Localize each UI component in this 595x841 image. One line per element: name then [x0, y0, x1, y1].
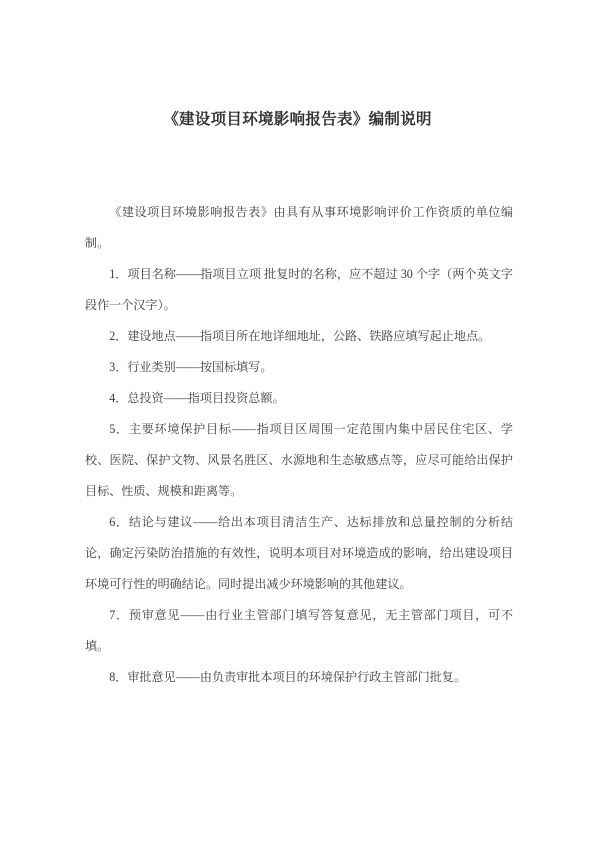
list-item-7: 7．预审意见——由行业主管部门填写答复意见，无主管部门项目，可不填。 [85, 600, 513, 662]
list-item-3: 3．行业类别——按国标填写。 [85, 352, 513, 383]
list-item-5: 5．主要环境保护目标——指项目区周围一定范围内集中居民住宅区、学校、医院、保护文… [85, 414, 513, 507]
page-title: 《建设项目环境影响报告表》编制说明 [0, 0, 595, 131]
list-item-2: 2．建设地点——指项目所在地详细地址，公路、铁路应填写起止地点。 [85, 321, 513, 352]
list-item-6: 6．结论与建议——给出本项目清洁生产、达标排放和总量控制的分析结论，确定污染防治… [85, 507, 513, 600]
document-page: 《建设项目环境影响报告表》编制说明 《建设项目环境影响报告表》由具有从事环境影响… [0, 0, 595, 841]
list-item-1: 1．项目名称——指项目立项 批复时的名称，应不超过 30 个字（两个英文字段作一… [85, 259, 513, 321]
list-item-4: 4．总投资——指项目投资总额。 [85, 383, 513, 414]
document-body: 《建设项目环境影响报告表》由具有从事环境影响评价工作资质的单位编制。 1．项目名… [85, 197, 513, 693]
list-item-8: 8．审批意见——由负责审批本项目的环境保护行政主管部门批复。 [85, 662, 513, 693]
intro-paragraph: 《建设项目环境影响报告表》由具有从事环境影响评价工作资质的单位编制。 [85, 197, 513, 259]
